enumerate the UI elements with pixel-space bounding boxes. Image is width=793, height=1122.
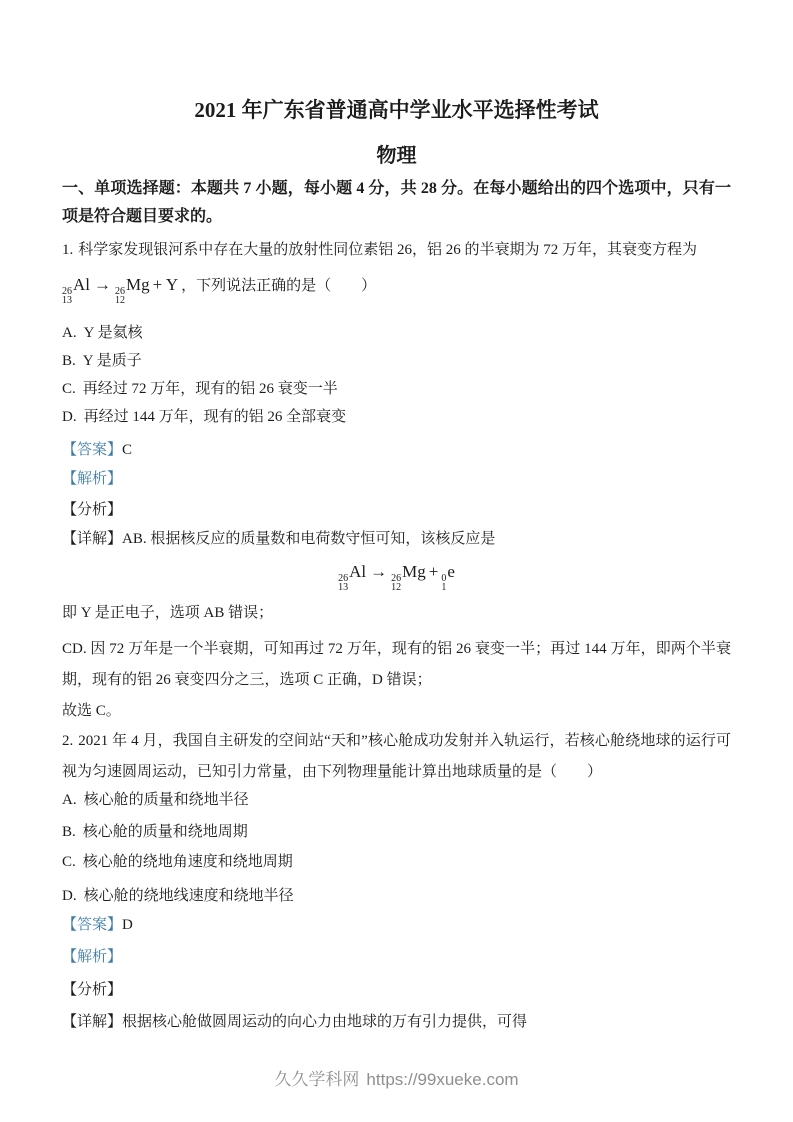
atomic-number: 13 [62,296,72,305]
option-letter: C. [62,381,76,397]
q2-jiexi-row: 【解析】 [62,947,731,968]
q1-detail-line3: 故选 C。 [62,701,731,722]
element-symbol: e [447,562,455,581]
q1-jiexi-row: 【解析】 [62,469,731,490]
option-letter: D. [62,888,77,904]
document-page: 2021 年广东省普通高中学业水平选择性考试 物理 一、单项选择题：本题共 7 … [0,0,793,1122]
q1-xiangjie-row: 【详解】AB. 根据核反应的质量数和电荷数守恒可知，该核反应是 [62,529,731,550]
nuclide-e-prescripts: 01 [441,574,446,592]
fenxi-label: 【分析】 [62,982,122,998]
q1-number: 1. [62,242,73,258]
q1-stem-text: 科学家发现银河系中存在大量的放射性同位素铝 26，铝 26 的半衰期为 72 万… [78,242,697,258]
q1-answer-row: 【答案】C [62,440,731,461]
option-letter: A. [62,325,77,341]
fenxi-label: 【分析】 [62,502,122,518]
q1-fenxi-row: 【分析】 [62,500,731,521]
xiangjie-label: 【详解】 [62,1014,122,1030]
option-text: 核心舱的绕地线速度和绕地半径 [84,888,294,904]
watermark-footer: 久久学科网https://99xueke.com [0,1065,793,1090]
q1-detail-intro: AB. 根据核反应的质量数和电荷数守恒可知，该核反应是 [122,531,495,547]
element-symbol: Mg [402,562,426,581]
q2-fenxi-row: 【分析】 [62,980,731,1001]
element-symbol: Mg [126,275,150,294]
subject-title: 物理 [62,143,731,170]
atomic-number: 12 [391,583,401,592]
q1-display-formula: 2613Al→2612Mg+01e [338,562,455,581]
site-name: 久久学科网 [274,1070,359,1089]
q2-answer-row: 【答案】D [62,915,731,936]
exam-title: 2021 年广东省普通高中学业水平选择性考试 [62,96,731,124]
q1-option-c: C.再经过 72 万年，现有的铝 26 衰变一半 [62,379,731,400]
q2-stem: 2.2021 年 4 月，我国自主研发的空间站“天和”核心舱成功发射并入轨运行，… [62,726,731,788]
jiexi-label: 【解析】 [62,949,122,965]
atomic-number: 12 [115,296,125,305]
option-text: 核心舱的质量和绕地周期 [83,824,248,840]
q1-answer-value: C [122,442,132,458]
q1-stem: 1.科学家发现银河系中存在大量的放射性同位素铝 26，铝 26 的半衰期为 72… [62,240,731,261]
q2-answer-value: D [122,917,133,933]
nuclide-al-prescripts: 2613 [338,574,348,592]
q1-detail-line1: 即 Y 是正电子，选项 AB 错误； [62,603,731,624]
reaction-arrow: → [90,275,115,294]
option-text: 再经过 144 万年，现有的铝 26 全部衰变 [84,409,347,425]
q2-stem-text: 2021 年 4 月，我国自主研发的空间站“天和”核心舱成功发射并入轨运行，若核… [62,733,731,780]
q1-inline-formula: 2613Al→2612Mg+ Y [62,275,181,294]
option-text: 再经过 72 万年，现有的铝 26 衰变一半 [83,381,338,397]
q2-option-a: A.核心舱的质量和绕地半径 [62,790,731,811]
q1-option-b: B.Y 是质子 [62,351,731,372]
nuclide-al-prescripts: 2613 [62,287,72,305]
q2-option-d: D.核心舱的绕地线速度和绕地半径 [62,886,731,907]
site-url: https://99xueke.com [366,1070,518,1089]
nuclide-mg-prescripts: 2612 [115,287,125,305]
option-text: Y 是氦核 [84,325,143,341]
q1-option-a: A.Y 是氦核 [62,323,731,344]
q2-option-b: B.核心舱的质量和绕地周期 [62,822,731,843]
q1-option-d: D.再经过 144 万年，现有的铝 26 全部衰变 [62,407,731,428]
q1-equation-inline: 2613Al→2612Mg+ Y，下列说法正确的是（ ） [62,274,731,305]
option-letter: B. [62,824,76,840]
nuclide-mg-prescripts: 2612 [391,574,401,592]
option-letter: B. [62,353,76,369]
option-letter: C. [62,854,76,870]
plus-sign: + [426,562,442,581]
q2-detail-intro: 根据核心舱做圆周运动的向心力由地球的万有引力提供，可得 [122,1014,527,1030]
atomic-number: 1 [441,583,446,592]
q2-option-c: C.核心舱的绕地角速度和绕地周期 [62,852,731,873]
option-letter: A. [62,792,77,808]
q1-stem-rest: ，下列说法正确的是（ ） [181,278,376,294]
section-heading: 一、单项选择题：本题共 7 小题，每小题 4 分，共 28 分。在每小题给出的四… [62,175,731,231]
option-text: 核心舱的绕地角速度和绕地周期 [83,854,293,870]
q1-equation-display: 2613Al→2612Mg+01e [62,562,731,592]
option-text: Y 是质子 [83,353,142,369]
reaction-arrow: → [366,562,391,581]
option-text: 核心舱的质量和绕地半径 [84,792,249,808]
element-symbol: Al [73,275,90,294]
jiexi-label: 【解析】 [62,471,122,487]
q1-detail-line2: CD. 因 72 万年是一个半衰期，可知再过 72 万年，现有的铝 26 衰变一… [62,634,731,696]
atomic-number: 13 [338,583,348,592]
element-symbol: Al [349,562,366,581]
q2-number: 2. [62,733,73,749]
answer-label: 【答案】 [62,442,122,458]
xiangjie-label: 【详解】 [62,531,122,547]
plus-y-term: + Y [150,275,181,294]
option-letter: D. [62,409,77,425]
q2-xiangjie-row: 【详解】根据核心舱做圆周运动的向心力由地球的万有引力提供，可得 [62,1012,731,1033]
answer-label: 【答案】 [62,917,122,933]
